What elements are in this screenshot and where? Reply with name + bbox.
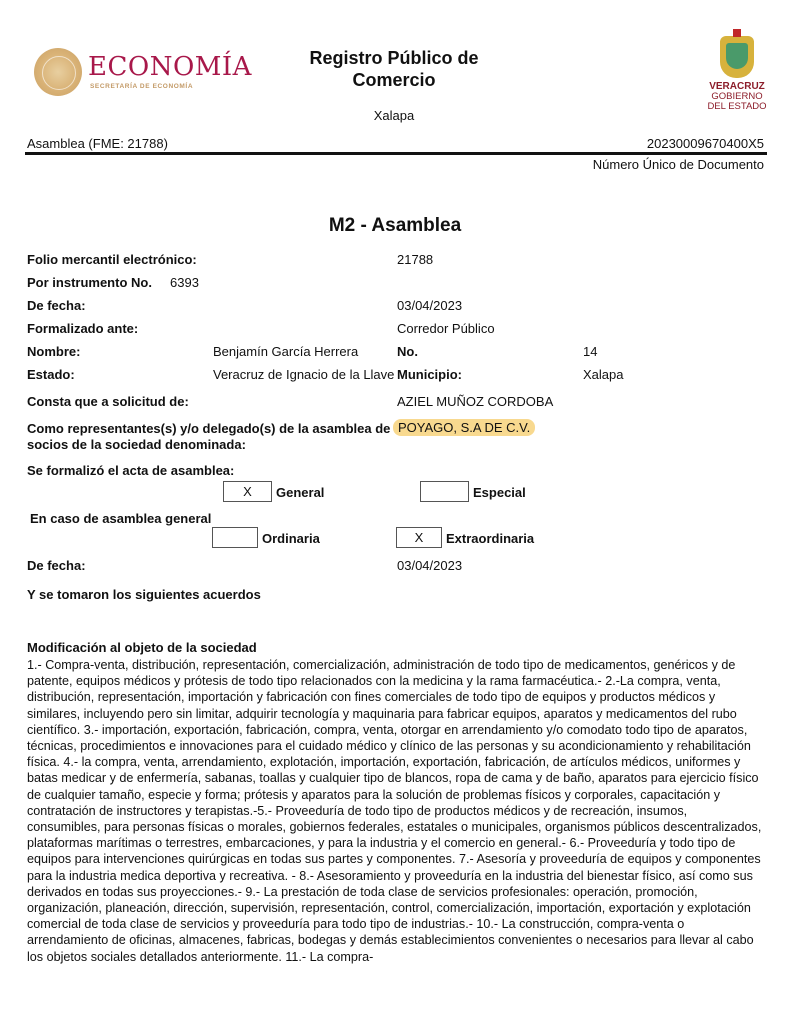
- document-unique-number: 20230009670400X5: [647, 136, 764, 151]
- economia-logo: ECONOMÍA SECRETARÍA DE ECONOMÍA: [34, 48, 264, 100]
- municipio-label: Municipio:: [397, 367, 462, 383]
- ordinaria-label: Ordinaria: [262, 531, 320, 547]
- folio-value: 21788: [397, 252, 433, 268]
- estado-value: Veracruz de Ignacio de la Llave: [213, 367, 394, 383]
- extraordinaria-checkbox[interactable]: X: [396, 527, 442, 548]
- acuerdos-label: Y se tomaron los siguientes acuerdos: [27, 587, 261, 603]
- modificacion-body: 1.- Compra-venta, distribución, represen…: [27, 657, 764, 965]
- city-label: Xalapa: [280, 108, 508, 123]
- nombre-value: Benjamín García Herrera: [213, 344, 358, 360]
- general-checkbox[interactable]: X: [223, 481, 272, 502]
- formalizo-label: Se formalizó el acta de asamblea:: [27, 463, 234, 479]
- estado-label: Estado:: [27, 367, 75, 383]
- instrumento-value: 6393: [170, 275, 199, 291]
- sociedad-highlight: POYAGO, S.A DE C.V.: [393, 419, 535, 436]
- title-line-2: Comercio: [280, 69, 508, 91]
- especial-label: Especial: [473, 485, 526, 501]
- veracruz-coat-of-arms-icon: [720, 36, 754, 78]
- folio-label: Folio mercantil electrónico:: [27, 252, 197, 268]
- sociedad-value: POYAGO, S.A DE C.V.: [398, 420, 535, 436]
- formalizado-value: Corredor Público: [397, 321, 495, 337]
- document-title: Registro Público de Comercio: [280, 47, 508, 91]
- representantes-label: Como representantes(s) y/o delegado(s) d…: [27, 421, 390, 453]
- representantes-label-line2: socios de la sociedad denominada:: [27, 437, 390, 453]
- instrumento-label: Por instrumento No.: [27, 275, 152, 291]
- formalizado-label: Formalizado ante:: [27, 321, 138, 337]
- fecha-value: 03/04/2023: [397, 298, 462, 314]
- veracruz-logo-line3: DEL ESTADO: [692, 102, 782, 112]
- solicitud-label: Consta que a solicitud de:: [27, 394, 189, 410]
- ordinaria-checkbox[interactable]: [212, 527, 258, 548]
- representantes-label-line1: Como representantes(s) y/o delegado(s) d…: [27, 421, 390, 437]
- especial-checkbox[interactable]: [420, 481, 469, 502]
- general-label: General: [276, 485, 324, 501]
- nombre-label: Nombre:: [27, 344, 80, 360]
- extraordinaria-label: Extraordinaria: [446, 531, 534, 547]
- asamblea-fecha-value: 03/04/2023: [397, 558, 462, 574]
- no-value: 14: [583, 344, 597, 360]
- economia-wordmark: ECONOMÍA: [88, 52, 252, 82]
- header-divider: [25, 152, 767, 155]
- document-unique-number-label: Número Único de Documento: [593, 157, 764, 172]
- mexico-coat-of-arms-seal-icon: [34, 48, 82, 96]
- fecha-label: De fecha:: [27, 298, 86, 314]
- economia-subtitle: SECRETARÍA DE ECONOMÍA: [90, 83, 193, 90]
- solicitud-value: AZIEL MUÑOZ CORDOBA: [397, 394, 553, 410]
- asamblea-fme-id: Asamblea (FME: 21788): [27, 136, 168, 151]
- section-title: M2 - Asamblea: [0, 215, 790, 237]
- municipio-value: Xalapa: [583, 367, 623, 383]
- veracruz-logo: VERACRUZ GOBIERNO DEL ESTADO: [692, 36, 782, 114]
- no-label: No.: [397, 344, 418, 360]
- title-line-1: Registro Público de: [280, 47, 508, 69]
- modificacion-title: Modificación al objeto de la sociedad: [27, 640, 257, 656]
- caso-general-label: En caso de asamblea general: [30, 511, 211, 527]
- asamblea-fecha-label: De fecha:: [27, 558, 86, 574]
